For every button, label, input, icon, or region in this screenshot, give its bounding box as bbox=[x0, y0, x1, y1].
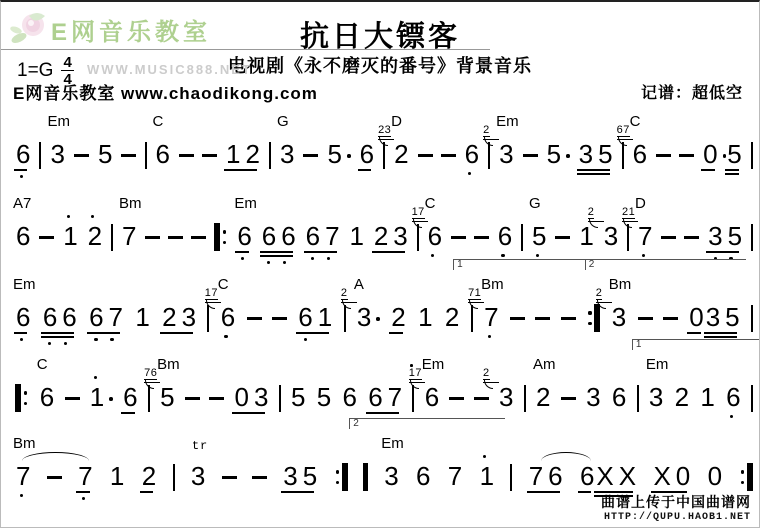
barline bbox=[521, 224, 523, 251]
token-group: 5 bbox=[97, 141, 113, 175]
barline bbox=[173, 464, 175, 491]
chord-label: Bm bbox=[119, 196, 142, 211]
token-group bbox=[209, 384, 224, 400]
dash-note bbox=[661, 236, 676, 239]
note-token: 66 bbox=[42, 304, 78, 338]
note-token: 1 bbox=[134, 304, 150, 338]
note-digits-wrap: 23 bbox=[373, 223, 409, 250]
note-digits-wrap: XX bbox=[595, 463, 637, 490]
token-group: Em6 bbox=[15, 304, 31, 338]
note-digits: 0 bbox=[708, 463, 727, 489]
token-group bbox=[202, 141, 217, 157]
low-octave-dot bbox=[20, 338, 23, 341]
token-group: 61 bbox=[297, 304, 333, 338]
note-token: 1 bbox=[417, 304, 433, 338]
token-group: tr3 bbox=[190, 463, 206, 497]
sixteenth-underline bbox=[704, 336, 737, 338]
barline bbox=[637, 385, 639, 412]
dash-note bbox=[449, 397, 464, 400]
note-digits: 7 bbox=[78, 463, 97, 489]
note-token: 5 bbox=[290, 384, 306, 418]
token-group bbox=[269, 141, 271, 169]
note-token: D217 bbox=[637, 223, 653, 257]
token-group: G5 bbox=[531, 223, 547, 257]
eighth-underline bbox=[577, 169, 610, 171]
note-digits: 35 bbox=[283, 463, 322, 489]
note-digits: 6 bbox=[416, 463, 435, 489]
dash-note bbox=[121, 154, 136, 157]
token-group bbox=[679, 141, 694, 157]
token-group bbox=[334, 463, 348, 491]
token-group bbox=[637, 384, 639, 412]
token-group: 1 bbox=[89, 384, 113, 418]
note-digits-wrap: 6 bbox=[611, 384, 627, 411]
token-group: 5 bbox=[546, 141, 570, 175]
token-group bbox=[474, 223, 489, 239]
note-token: Em6 bbox=[15, 304, 31, 338]
note-digits-wrap: 61 bbox=[297, 304, 333, 331]
dash-note bbox=[555, 236, 570, 239]
note-token: Am2 bbox=[535, 384, 551, 418]
low-octave-dots bbox=[483, 335, 495, 338]
grace-slur-arc bbox=[618, 136, 627, 146]
sixteenth-underline bbox=[577, 173, 610, 175]
note-digits-wrap: 6 bbox=[424, 384, 440, 411]
note-digits: 3 bbox=[191, 463, 210, 489]
note-digits-wrap: 6 bbox=[464, 141, 480, 168]
grace-notes: 2 bbox=[483, 368, 499, 383]
note-digits: 7 bbox=[122, 223, 141, 249]
note-digits-wrap: 7 bbox=[637, 223, 653, 250]
repeat-dots bbox=[336, 463, 339, 491]
note-token: 6 bbox=[415, 463, 431, 497]
note-digits: 66 bbox=[262, 223, 301, 249]
token-group: 12 bbox=[225, 141, 261, 175]
eighth-underline bbox=[701, 169, 714, 171]
note-token: 67 bbox=[88, 304, 124, 338]
grace-notes: 76 bbox=[144, 368, 160, 383]
note-digits-wrap: 35 bbox=[282, 463, 318, 490]
low-octave-dot bbox=[431, 254, 434, 257]
token-group bbox=[751, 223, 753, 251]
note-digits: 3 bbox=[280, 141, 299, 167]
low-octave-dot bbox=[304, 338, 307, 341]
token-group: 1 bbox=[62, 223, 78, 257]
repeat-dots bbox=[588, 304, 591, 332]
octave-dot bbox=[94, 376, 97, 379]
note-digits: 5 bbox=[727, 141, 746, 167]
note-digits: 35 bbox=[579, 141, 618, 167]
token-group bbox=[586, 304, 600, 332]
note-digits-wrap: 2 bbox=[674, 384, 690, 411]
dash-note bbox=[47, 476, 62, 479]
token-group: 035 bbox=[688, 304, 740, 338]
token-group: 1 bbox=[479, 463, 495, 497]
dash-note bbox=[272, 317, 287, 320]
low-octave-dots bbox=[464, 172, 476, 175]
grace-notes: 2 bbox=[341, 288, 357, 303]
token-group: 5 bbox=[316, 384, 332, 418]
dash-note bbox=[474, 236, 489, 239]
low-octave-dots bbox=[637, 254, 649, 257]
grace-slur-arc bbox=[484, 136, 493, 146]
barline bbox=[417, 224, 419, 251]
token-group: 1 bbox=[699, 384, 715, 418]
token-group: Bm1717 bbox=[483, 304, 499, 338]
token-group: 6 bbox=[122, 384, 138, 418]
note-token: 35 bbox=[707, 223, 743, 257]
note-digits: 1 bbox=[63, 223, 82, 249]
high-octave-dot bbox=[87, 215, 99, 218]
note-digits: 5 bbox=[317, 384, 336, 410]
low-octave-dot bbox=[283, 261, 286, 264]
eighth-underline bbox=[651, 491, 687, 493]
high-octave-dot bbox=[479, 455, 491, 458]
token-group: 2 bbox=[444, 304, 460, 338]
token-group bbox=[344, 304, 346, 332]
note-token: Bm7 bbox=[121, 223, 137, 257]
footer: 曲谱上传于中国曲谱网 HTTP://QUPU.HAOB1.NET bbox=[601, 494, 751, 524]
token-group: 2 bbox=[674, 384, 690, 418]
note-digits: 5 bbox=[291, 384, 310, 410]
token-group: 6 bbox=[415, 463, 431, 497]
token-group bbox=[523, 141, 538, 157]
token-group: Bm7 bbox=[121, 223, 137, 257]
eighth-underline bbox=[372, 251, 405, 253]
note-token: C176 bbox=[427, 223, 443, 257]
token-group: Bm223 bbox=[611, 304, 627, 338]
note-token: 03 bbox=[233, 384, 269, 418]
token-group: 67 bbox=[367, 384, 403, 418]
chord-label: C bbox=[153, 114, 164, 129]
token-group: C176 bbox=[427, 223, 443, 257]
note-digits: 3 bbox=[604, 223, 623, 249]
note-digits: 67 bbox=[89, 304, 128, 330]
note-digits: 1 bbox=[700, 384, 719, 410]
token-group: Em6 bbox=[236, 223, 252, 257]
low-octave-dots bbox=[497, 254, 509, 257]
note-token: 2 bbox=[87, 223, 103, 257]
repeat-dots bbox=[223, 223, 226, 251]
note-token: 7 bbox=[77, 463, 93, 497]
note-token: Em3 bbox=[50, 141, 66, 175]
note-digits-wrap: 0 bbox=[688, 304, 704, 331]
low-octave-dot bbox=[488, 335, 491, 338]
note-token: 6 bbox=[725, 384, 741, 418]
note-digits-wrap: 1 bbox=[479, 463, 495, 490]
eighth-underline bbox=[725, 169, 738, 171]
thin-barline bbox=[219, 223, 221, 251]
low-octave-dots bbox=[15, 175, 27, 178]
token-group: 5 bbox=[326, 141, 350, 175]
token-group: 6 bbox=[725, 384, 741, 418]
token-group bbox=[449, 384, 464, 400]
token-group: Bm765 bbox=[159, 384, 175, 418]
note-digits: 6 bbox=[498, 223, 517, 249]
note-digits-wrap: 6 bbox=[497, 223, 513, 250]
note-digits-wrap: 7 bbox=[121, 223, 137, 250]
note-digits: 3 bbox=[649, 384, 668, 410]
note-token: 2 bbox=[141, 463, 157, 497]
note-digits: 6 bbox=[16, 304, 35, 330]
note-digits-wrap: 5 bbox=[326, 141, 342, 168]
note-token: 6 bbox=[579, 463, 595, 497]
barline bbox=[111, 224, 113, 251]
chord-label: Em bbox=[646, 357, 669, 372]
note-digits-wrap: 1 bbox=[134, 304, 150, 331]
note-digits: 6 bbox=[123, 384, 142, 410]
note-digits-wrap: 6 bbox=[359, 141, 375, 168]
volta-bracket: 2 bbox=[349, 418, 505, 429]
grace-slur-arc bbox=[410, 379, 419, 389]
note-token: Em176 bbox=[424, 384, 440, 418]
eighth-underline bbox=[366, 412, 399, 414]
low-octave-dot bbox=[94, 338, 97, 341]
augmentation-dot bbox=[376, 317, 380, 321]
note-digits-wrap: 35 bbox=[707, 223, 743, 250]
note-digits-wrap: 03 bbox=[233, 384, 269, 411]
eighth-underline bbox=[706, 251, 739, 253]
note-token: 1 bbox=[348, 223, 364, 257]
barline bbox=[751, 224, 753, 251]
token-group: 6 bbox=[497, 223, 513, 257]
note-token: C676 bbox=[632, 141, 648, 175]
barline bbox=[344, 305, 346, 332]
token-group bbox=[179, 141, 194, 157]
grace-notes: 21 bbox=[622, 207, 638, 222]
dash-note bbox=[561, 397, 576, 400]
volta-number: 2 bbox=[589, 260, 595, 270]
low-octave-dot bbox=[642, 254, 645, 257]
repeat-dot bbox=[223, 241, 226, 244]
eighth-underline bbox=[41, 332, 74, 334]
note-token: C6 bbox=[39, 384, 55, 418]
note-digits-wrap: 3 bbox=[611, 304, 627, 331]
note-token: G3 bbox=[279, 141, 295, 175]
note-digits-wrap: 3 bbox=[279, 141, 295, 168]
note-digits: 2 bbox=[391, 304, 410, 330]
token-group: 2 bbox=[390, 304, 406, 338]
token-group bbox=[65, 384, 80, 400]
note-token: A76 bbox=[15, 223, 31, 257]
note-digits-wrap: 67 bbox=[305, 223, 341, 250]
token-group: 2 bbox=[141, 463, 157, 497]
note-token: 6 bbox=[611, 384, 627, 418]
barline bbox=[145, 142, 147, 169]
dash-note bbox=[145, 236, 160, 239]
note-digits-wrap: 3 bbox=[356, 304, 372, 331]
token-group bbox=[363, 463, 368, 491]
eighth-underline bbox=[14, 332, 27, 334]
note-digits: 2 bbox=[536, 384, 555, 410]
note-digits-wrap: 1 bbox=[89, 384, 105, 411]
thick-barline bbox=[748, 463, 753, 491]
note-digits-wrap: 3 bbox=[383, 463, 399, 490]
grace-slur-arc bbox=[623, 218, 632, 228]
sixteenth-underline bbox=[41, 336, 74, 338]
dash-note bbox=[535, 317, 550, 320]
thin-barline bbox=[20, 384, 22, 412]
chord-label: Bm bbox=[13, 436, 36, 451]
dash-note bbox=[561, 317, 576, 320]
token-group: C176 bbox=[220, 304, 236, 338]
note-digits-wrap: 3 bbox=[190, 463, 206, 490]
token-group bbox=[168, 223, 183, 239]
grace-notes: 17 bbox=[205, 288, 221, 303]
note-token: 2 bbox=[444, 304, 460, 338]
note-digits: 1 bbox=[349, 223, 368, 249]
score-area: 6Em35C612G356D2326Em23535C67605A7612Bm7E… bbox=[1, 2, 759, 527]
note-digits: 1 bbox=[110, 463, 129, 489]
repeat-start-sign bbox=[214, 223, 228, 251]
octave-dot bbox=[67, 215, 70, 218]
token-group: 5 bbox=[290, 384, 306, 418]
note-digits-wrap: 6 bbox=[39, 384, 55, 411]
token-group: 3 bbox=[585, 384, 601, 418]
barline bbox=[751, 385, 753, 412]
token-group bbox=[555, 223, 570, 239]
low-octave-dot bbox=[311, 257, 314, 260]
note-token: D232 bbox=[393, 141, 409, 175]
eighth-underline bbox=[527, 491, 560, 493]
low-octave-dot bbox=[48, 342, 51, 345]
token-group bbox=[121, 141, 136, 157]
token-group bbox=[15, 384, 29, 412]
token-group bbox=[207, 304, 209, 332]
token-group: 1 bbox=[134, 304, 150, 338]
note-digits: 6 bbox=[425, 384, 444, 410]
note-digits: 61 bbox=[298, 304, 337, 330]
note-digits-wrap: 1 bbox=[417, 304, 433, 331]
token-group bbox=[74, 141, 89, 157]
note-digits-wrap: 2 bbox=[535, 384, 551, 411]
note-digits: 1 bbox=[90, 384, 109, 410]
volta-number: 2 bbox=[353, 419, 359, 429]
barline bbox=[751, 142, 753, 169]
token-group bbox=[638, 304, 653, 320]
octave-dot bbox=[483, 455, 486, 458]
note-digits-wrap: 67 bbox=[367, 384, 403, 411]
note-digits: 5 bbox=[547, 141, 566, 167]
note-digits-wrap: 6 bbox=[15, 223, 31, 250]
repeat-dot bbox=[24, 402, 27, 405]
sheet-music-page: E网音乐教室 抗日大镖客 电视剧《永不磨灭的番号》背景音乐 1=G 4 4 WW… bbox=[0, 0, 760, 528]
token-group: 7 bbox=[77, 463, 93, 497]
note-digits-wrap: 2 bbox=[393, 141, 409, 168]
token-group bbox=[656, 141, 671, 157]
sixteenth-underline bbox=[725, 173, 738, 175]
token-group bbox=[441, 141, 456, 157]
note-digits: 3 bbox=[499, 141, 518, 167]
note-digits-wrap: 6 bbox=[632, 141, 648, 168]
eighth-underline bbox=[140, 491, 153, 493]
token-group: 76 bbox=[528, 463, 564, 497]
note-digits-wrap: X0 bbox=[652, 463, 691, 490]
note-digits-wrap: 6 bbox=[427, 223, 443, 250]
token-group bbox=[751, 304, 753, 332]
note-digits: 6 bbox=[726, 384, 745, 410]
repeat-end-sign bbox=[334, 463, 348, 491]
low-octave-dot bbox=[267, 261, 270, 264]
note-digits: 5 bbox=[160, 384, 179, 410]
eighth-underline bbox=[76, 491, 89, 493]
grace-notes: 2 bbox=[596, 288, 612, 303]
low-octave-dots bbox=[220, 335, 232, 338]
barline bbox=[751, 305, 753, 332]
low-octave-dots bbox=[15, 338, 27, 341]
token-group: C6 bbox=[39, 384, 55, 418]
note-token: C176 bbox=[220, 304, 236, 338]
repeat-dot bbox=[24, 391, 27, 394]
token-group bbox=[191, 223, 206, 239]
token-group: A23 bbox=[356, 304, 380, 338]
note-digits: 3 bbox=[384, 463, 403, 489]
token-group bbox=[412, 384, 414, 412]
token-group bbox=[185, 384, 200, 400]
dash-note bbox=[656, 154, 671, 157]
note-token: C6 bbox=[155, 141, 171, 175]
token-group: D217 bbox=[637, 223, 653, 257]
thick-barline bbox=[363, 463, 368, 491]
dash-note bbox=[418, 154, 433, 157]
note-digits: 76 bbox=[529, 463, 568, 489]
token-group bbox=[751, 141, 753, 169]
low-octave-dot bbox=[241, 257, 244, 260]
token-group: 23 bbox=[603, 223, 619, 257]
low-octave-dots bbox=[427, 254, 439, 257]
note-token: 5 bbox=[546, 141, 570, 175]
note-digits-wrap: 12 bbox=[225, 141, 261, 168]
note-token: A23 bbox=[356, 304, 380, 338]
token-group: G3 bbox=[279, 141, 295, 175]
note-digits: 2 bbox=[142, 463, 161, 489]
note-digits: 1 bbox=[418, 304, 437, 330]
repeat-dot bbox=[336, 470, 339, 473]
note-digits-wrap: 5 bbox=[97, 141, 113, 168]
note-digits: 6 bbox=[633, 141, 652, 167]
token-group: Em23 bbox=[498, 141, 514, 175]
token-group: 2 bbox=[87, 223, 103, 257]
note-digits: 6 bbox=[428, 223, 447, 249]
barline bbox=[383, 142, 385, 169]
token-group: 35 bbox=[282, 463, 318, 497]
note-token: 1 bbox=[89, 384, 113, 418]
token-group: X0 bbox=[652, 463, 691, 497]
barline bbox=[488, 142, 490, 169]
note-token: 6 bbox=[464, 141, 480, 175]
token-group bbox=[173, 463, 175, 491]
trill-mark: tr bbox=[192, 439, 208, 453]
note-token: Bm223 bbox=[611, 304, 627, 338]
dash-note bbox=[303, 154, 318, 157]
eighth-underline bbox=[578, 491, 591, 493]
note-digits: 6 bbox=[342, 384, 361, 410]
note-digits-wrap: 2 bbox=[141, 463, 157, 490]
token-group: C6 bbox=[155, 141, 171, 175]
eighth-underline bbox=[296, 332, 329, 334]
note-token: 2 bbox=[390, 304, 406, 338]
token-group: C676 bbox=[632, 141, 648, 175]
token-group bbox=[111, 223, 113, 251]
token-group: Em176 bbox=[424, 384, 440, 418]
note-token: 6 bbox=[15, 141, 31, 175]
note-token: 35 bbox=[705, 304, 741, 338]
repeat-dots bbox=[24, 384, 27, 412]
token-group bbox=[561, 384, 576, 400]
token-group bbox=[303, 141, 318, 157]
note-digits-wrap: 2 bbox=[444, 304, 460, 331]
dash-note bbox=[168, 236, 183, 239]
